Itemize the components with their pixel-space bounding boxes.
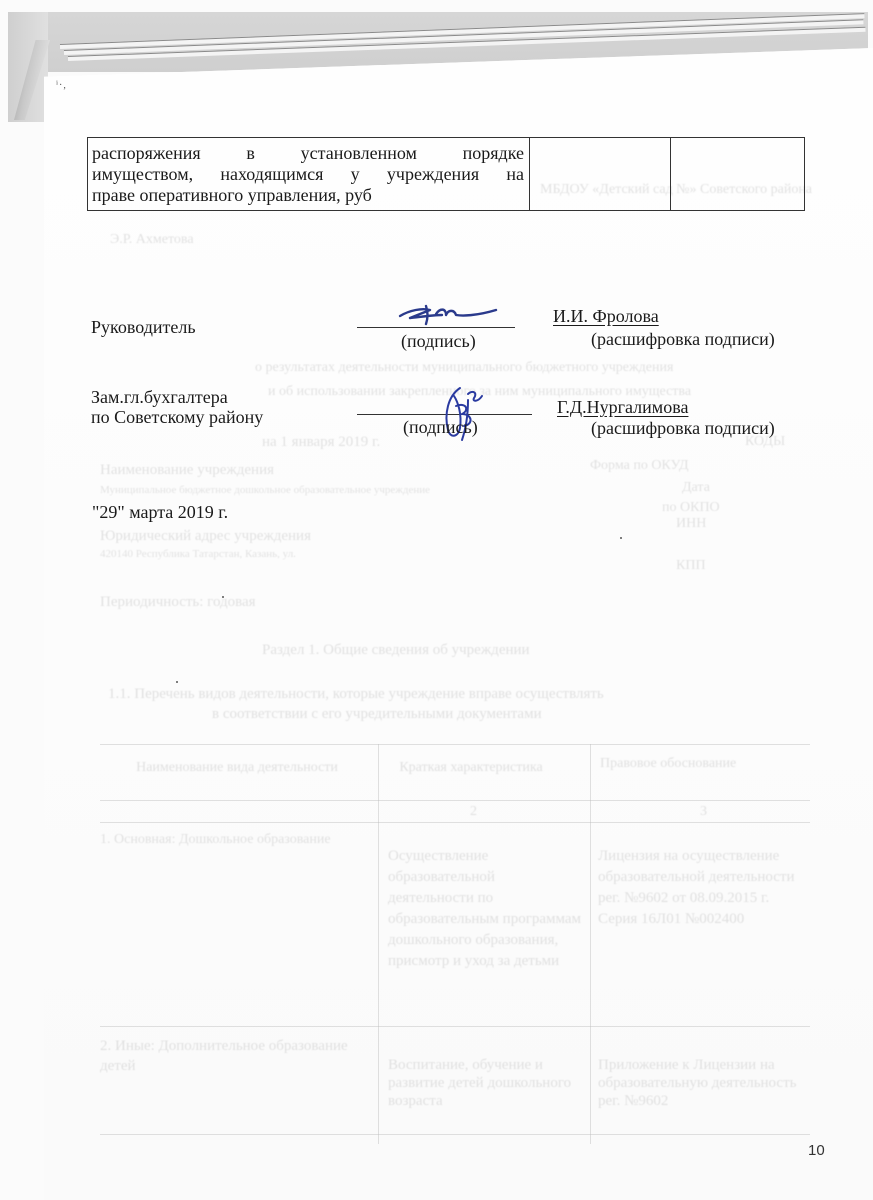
ghost-rule <box>590 744 591 1144</box>
ghost-rule <box>100 744 810 745</box>
handwritten-signature-icon <box>396 300 506 330</box>
name-caption: (расшифровка подписи) <box>591 418 775 439</box>
table-cell-line: имуществом, находящимся у учреждения на <box>92 164 524 185</box>
signatory-role-line2: по Советскому району <box>91 407 263 428</box>
table-cell-line: праве оперативного управления, руб <box>92 185 524 206</box>
signatory-name: Г.Д.Нургалимова <box>557 397 688 418</box>
name-caption: (расшифровка подписи) <box>591 329 775 350</box>
signatory-role: Зам.гл.бухгалтера <box>91 387 228 408</box>
ghost-rule <box>378 744 379 1144</box>
signature-caption: (подпись) <box>401 331 476 352</box>
scan-speck <box>620 537 622 539</box>
ghost-rule <box>100 1134 810 1135</box>
table-cell-value-1 <box>530 138 671 210</box>
table-cell-line: распоряжения в установленном порядке <box>92 143 524 164</box>
table-cell-value-2 <box>671 138 804 210</box>
page-edge <box>64 19 864 55</box>
document-date: "29" марта 2019 г. <box>92 502 228 523</box>
signatory-name: И.И. Фролова <box>553 306 659 327</box>
page-number: 10 <box>808 1142 825 1159</box>
signatory-role: Руководитель <box>91 317 196 338</box>
table-cell-description: распоряжения в установленном порядке иму… <box>88 138 530 210</box>
ghost-rule <box>100 800 810 801</box>
ghost-rule <box>100 822 810 823</box>
corner-marks: ⁱ·, <box>56 80 67 91</box>
property-table-fragment: распоряжения в установленном порядке иму… <box>87 137 805 211</box>
scan-speck <box>176 681 178 683</box>
scan-speck <box>222 596 224 598</box>
signature-caption: (подпись) <box>403 417 478 438</box>
document-page <box>44 48 873 1200</box>
ghost-rule <box>100 1026 810 1027</box>
